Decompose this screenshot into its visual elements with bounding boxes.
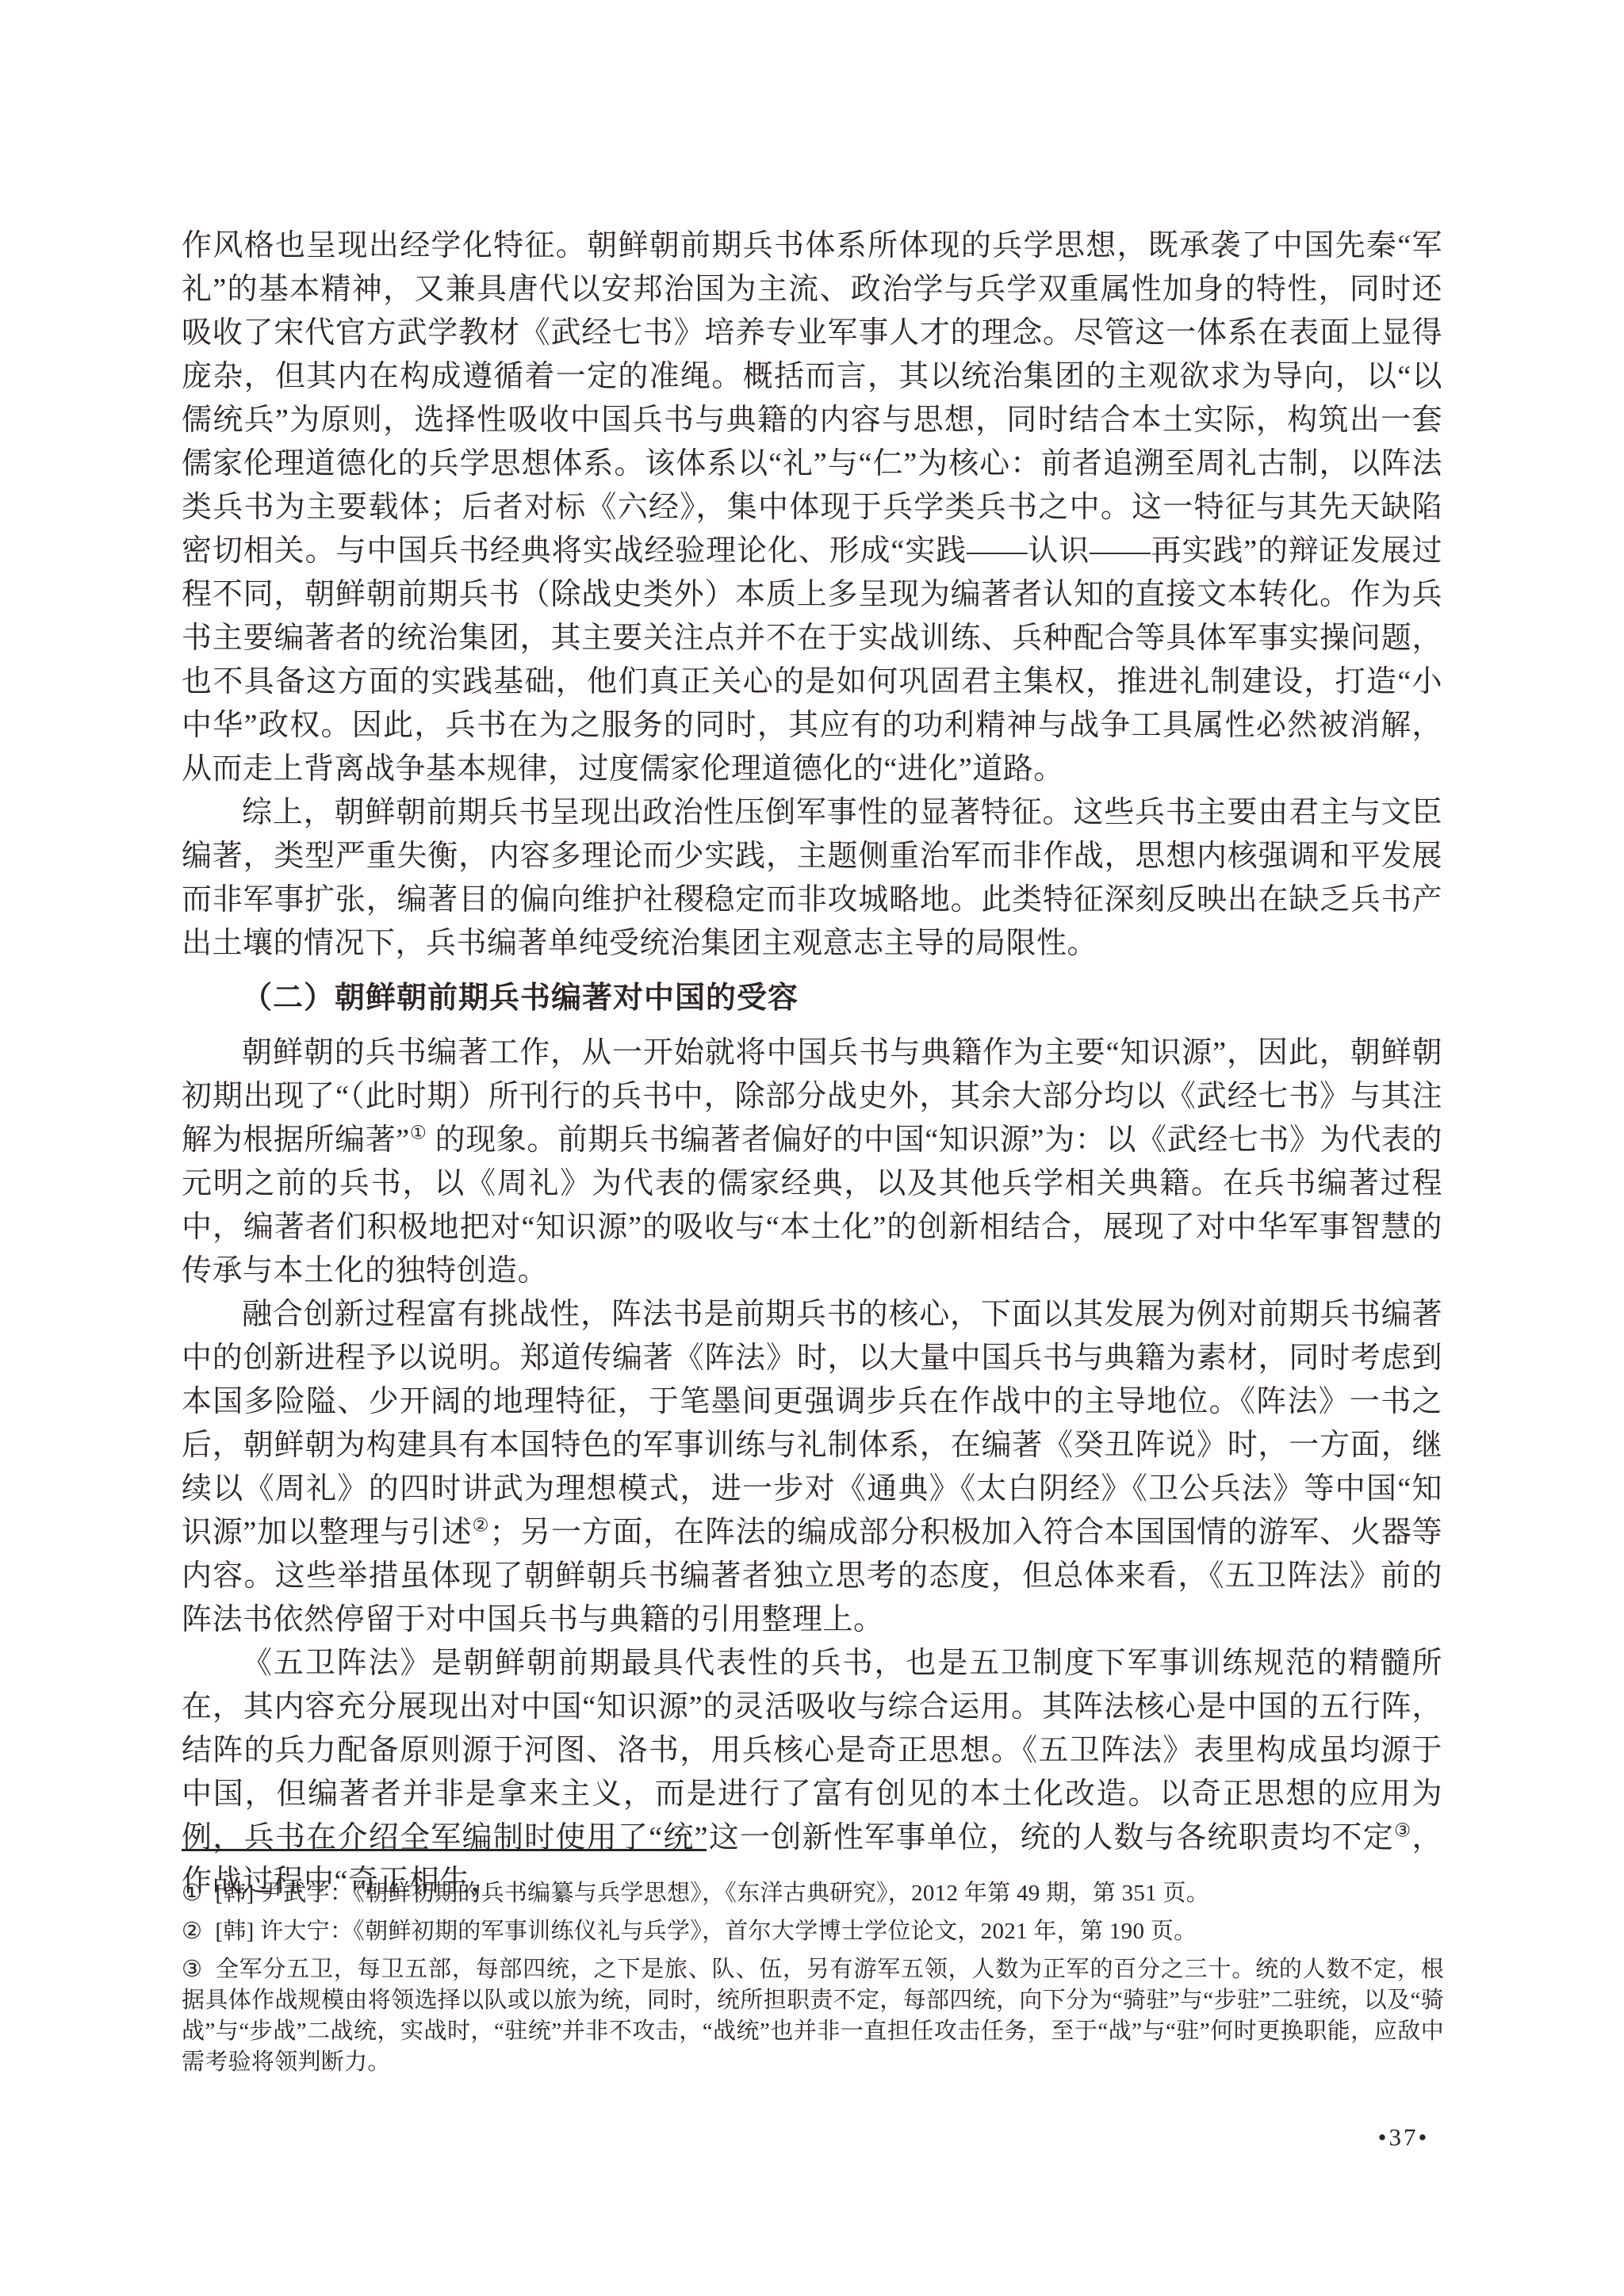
paragraph-knowledge-source: 朝鲜朝的兵书编著工作，从一开始就将中国兵书与典籍作为主要“知识源”，因此，朝鲜朝… (182, 1031, 1442, 1293)
page-number: •37• (1348, 2123, 1459, 2152)
footnote-reference: ② (473, 1515, 490, 1536)
paragraph-summary: 综上，朝鲜朝前期兵书呈现出政治性压倒军事性的显著特征。这些兵书主要由君主与文臣编… (182, 791, 1442, 966)
footnote-1-marker: ① (182, 1881, 202, 1906)
footnote-2: ②[韩] 许大宁：《朝鲜初期的军事训练仪礼与兵学》，首尔大学博士学位论文，202… (182, 1916, 1444, 1947)
article-body: 作风格也呈现出经学化特征。朝鲜朝前期兵书体系所体现的兵学思想，既承袭了中国先秦“… (182, 224, 1442, 1904)
paragraph-innovation-process: 融合创新过程富有挑战性，阵法书是前期兵书的核心，下面以其发展为例对前期兵书编著中… (182, 1293, 1442, 1642)
paragraph-continuation: 作风格也呈现出经学化特征。朝鲜朝前期兵书体系所体现的兵学思想，既承袭了中国先秦“… (182, 224, 1442, 791)
document-page: 作风格也呈现出经学化特征。朝鲜朝前期兵书体系所体现的兵学思想，既承袭了中国先秦“… (0, 0, 1624, 2296)
footnote-1-text: [韩] 尹武学：《朝鲜初期的兵书编纂与兵学思想》，《东洋古典研究》，2012 年… (215, 1881, 1209, 1906)
footnote-reference: ③ (1394, 1820, 1411, 1841)
footnote-3: ③全军分五卫，每卫五部，每部四统，之下是旅、队、伍，另有游军五领，人数为正军的百… (182, 1954, 1444, 2078)
footnote-2-marker: ② (182, 1919, 202, 1944)
footnotes-section: ①[韩] 尹武学：《朝鲜初期的兵书编纂与兵学思想》，《东洋古典研究》，2012 … (182, 1849, 1444, 2085)
footnote-separator (182, 1849, 707, 1851)
footnote-1: ①[韩] 尹武学：《朝鲜初期的兵书编纂与兵学思想》，《东洋古典研究》，2012 … (182, 1878, 1444, 1909)
footnote-3-marker: ③ (182, 1957, 203, 1982)
footnote-3-text: 全军分五卫，每卫五部，每部四统，之下是旅、队、伍，另有游军五领，人数为正军的百分… (182, 1957, 1444, 2075)
footnote-2-text: [韩] 许大宁：《朝鲜初期的军事训练仪礼与兵学》，首尔大学博士学位论文，2021… (215, 1919, 1197, 1944)
section-heading: （二）朝鲜朝前期兵书编著对中国的受容 (182, 977, 1442, 1020)
footnote-reference: ① (410, 1123, 427, 1143)
